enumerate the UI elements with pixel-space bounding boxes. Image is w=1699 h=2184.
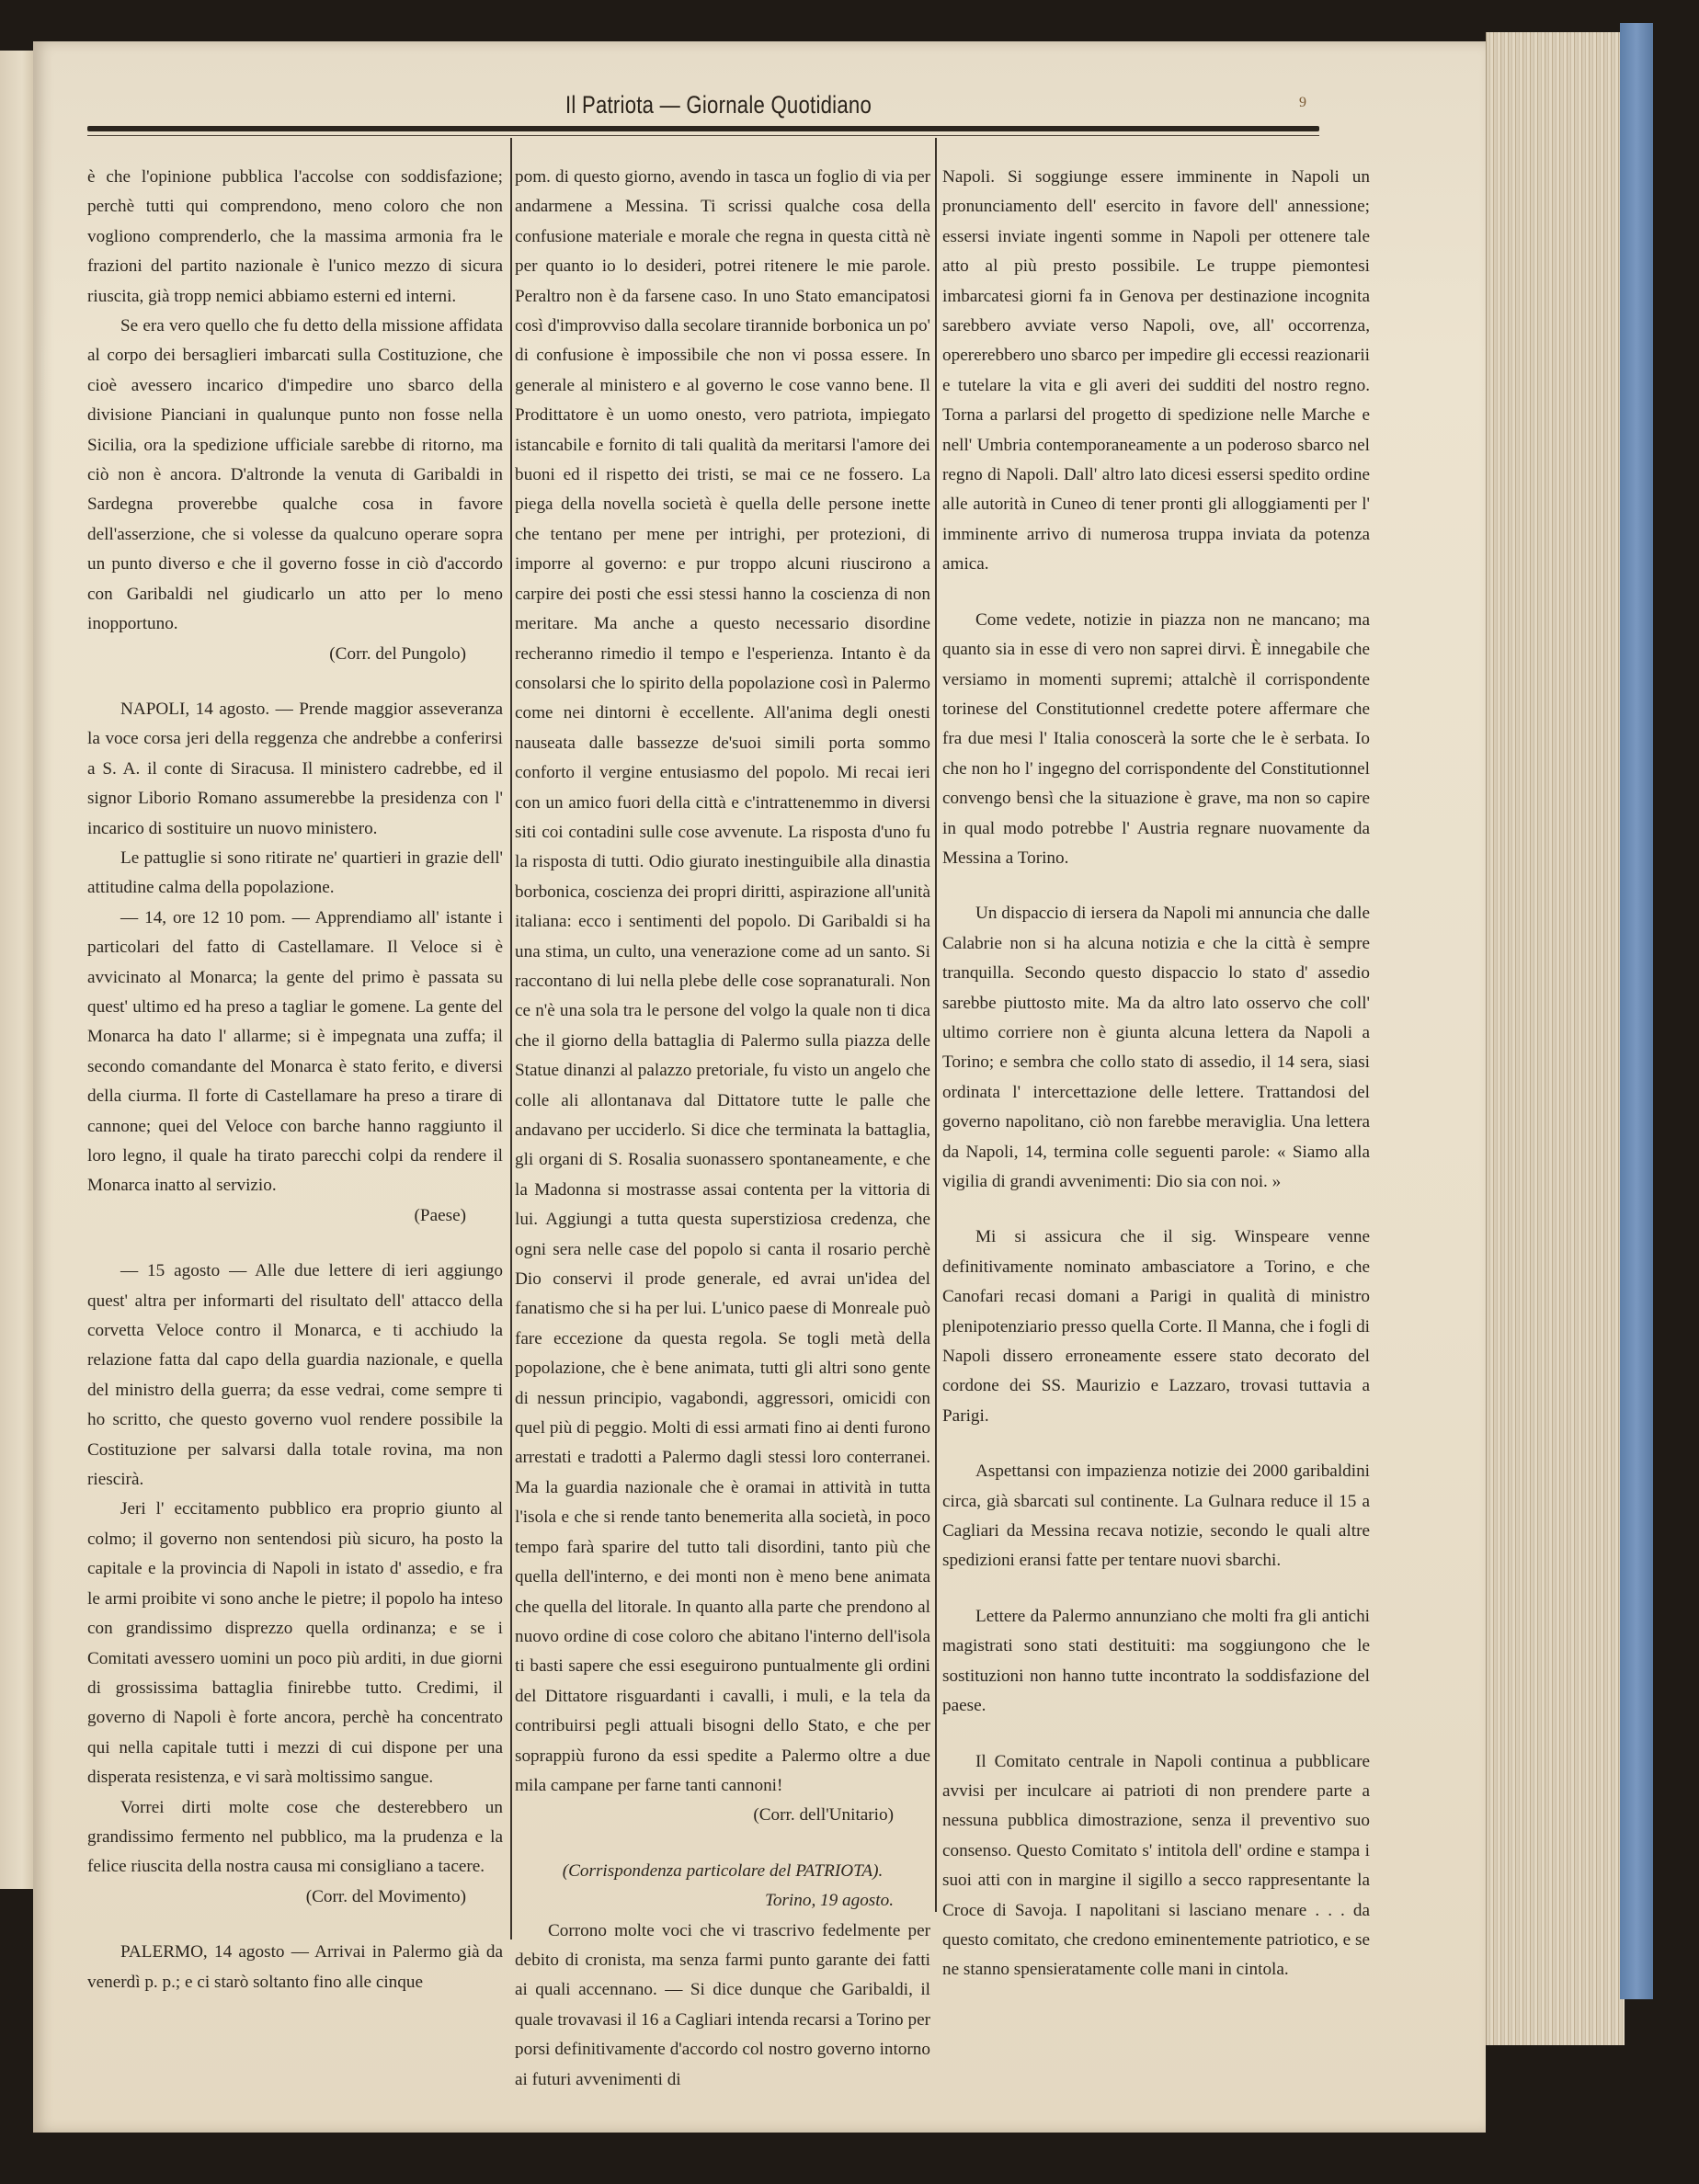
paragraph: Vorrei dirti molte cose che desterebbero… [87,1793,503,1883]
dateline: Torino, 19 agosto. [515,1886,930,1916]
source-attribution: (Corr. del Pungolo) [87,640,503,669]
article-column-2: pom. di questo giorno, avendo in tasca u… [515,163,930,2095]
paragraph: è che l'opinione pubblica l'accolse con … [87,163,503,312]
masthead: Il Patriota — Giornale Quotidiano 9 [87,87,1319,142]
paragraph: Mi si assicura che il sig. Winspeare ven… [942,1223,1370,1431]
paragraph: Napoli. Si soggiunge essere imminente in… [942,163,1370,580]
paragraph: — 14, ore 12 10 pom. — Apprendiamo all' … [87,904,503,1201]
paragraph: — 15 agosto — Alle due lettere di ieri a… [87,1257,503,1495]
book-cover [1620,23,1653,1999]
column-divider [510,138,512,1939]
source-attribution: (Corr. del Movimento) [87,1883,503,1912]
section-heading: (Corrispondenza particolare del PATRIOTA… [515,1857,930,1886]
paragraph: Il Comitato centrale in Napoli continua … [942,1747,1370,1985]
newspaper-title: Il Patriota — Giornale Quotidiano [565,91,872,119]
source-attribution: (Paese) [87,1201,503,1231]
paragraph: Lettere da Palermo annunziano che molti … [942,1602,1370,1722]
paragraph: Come vedete, notizie in piazza non ne ma… [942,606,1370,874]
paragraph: pom. di questo giorno, avendo in tasca u… [515,163,930,1801]
column-divider [935,138,937,1912]
book-page-edges [1486,32,1625,2045]
header-rule-thin [87,135,1319,136]
article-column-3: Napoli. Si soggiunge essere imminente in… [942,163,1370,1985]
paragraph: Corrono molte voci che vi trascrivo fede… [515,1917,930,2095]
paragraph: Jeri l' eccitamento pubblico era proprio… [87,1495,503,1792]
paragraph: Aspettansi con impazienza notizie dei 20… [942,1457,1370,1576]
news-item-napoli: NAPOLI, 14 agosto. — Prende maggior asse… [87,695,503,844]
paragraph: Le pattuglie si sono ritirate ne' quarti… [87,844,503,904]
news-item-palermo: PALERMO, 14 agosto — Arrivai in Palermo … [87,1938,503,1997]
header-rule-thick [87,126,1319,131]
page-number: 9 [1299,95,1306,111]
source-attribution: (Corr. dell'Unitario) [515,1801,930,1830]
article-column-1: è che l'opinione pubblica l'accolse con … [87,163,503,1997]
paragraph: Un dispaccio di iersera da Napoli mi ann… [942,899,1370,1197]
paragraph: Se era vero quello che fu detto della mi… [87,312,503,639]
